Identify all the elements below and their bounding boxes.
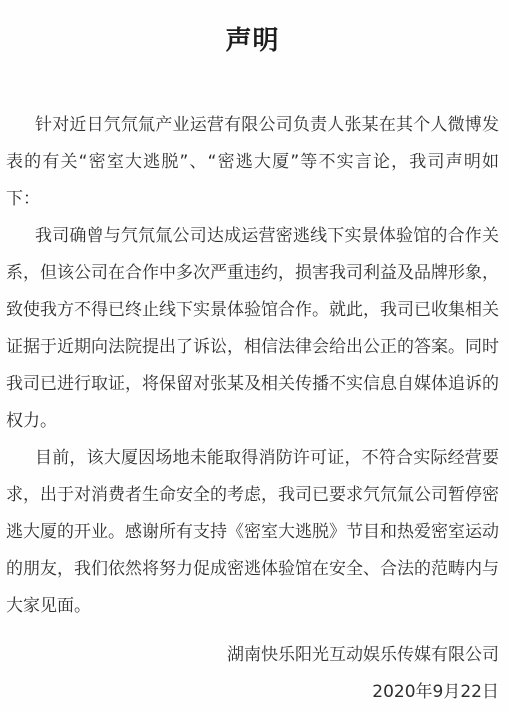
company-signature: 湖南快乐阳光互动娱乐传媒有限公司 <box>6 637 499 674</box>
statement-date: 2020年9月22日 <box>6 674 499 711</box>
page-title: 声明 <box>6 23 499 59</box>
statement-paragraph-intro: 针对近日氕氘氚产业运营有限公司负责人张某在其个人微博发表的有关“密室大逃脱”、“… <box>6 107 499 218</box>
statement-paragraph-current-status: 目前，该大厦因场地未能取得消防许可证，不符合实际经营要求，出于对消费者生命安全的… <box>6 440 499 625</box>
statement-body: 针对近日氕氘氚产业运营有限公司负责人张某在其个人微博发表的有关“密室大逃脱”、“… <box>6 107 499 625</box>
statement-document: 声明 针对近日氕氘氚产业运营有限公司负责人张某在其个人微博发表的有关“密室大逃脱… <box>0 0 508 713</box>
signature-block: 湖南快乐阳光互动娱乐传媒有限公司 2020年9月22日 <box>6 637 499 711</box>
statement-paragraph-cooperation: 我司确曾与氕氘氚公司达成运营密逃线下实景体验馆的合作关系，但该公司在合作中多次严… <box>6 218 499 440</box>
